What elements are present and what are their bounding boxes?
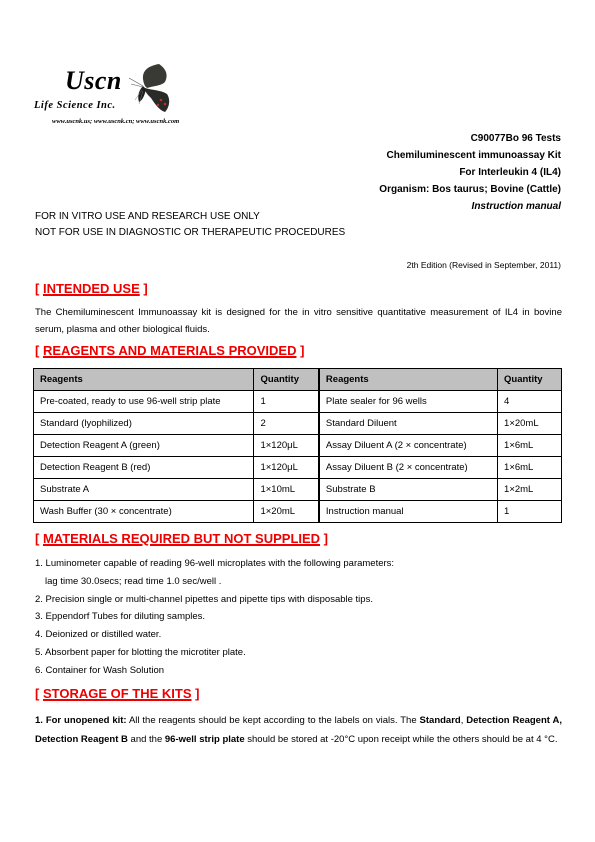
quantity-cell: 1 (498, 501, 562, 523)
use-notice: FOR IN VITRO USE AND RESEARCH USE ONLY N… (35, 209, 345, 241)
butterfly-icon (125, 64, 173, 114)
reagent-name-cell: Substrate A (34, 479, 254, 501)
table-row: Pre-coated, ready to use 96-well strip p… (34, 391, 562, 413)
section-title-intended-use: [ INTENDED USE ] (35, 281, 148, 296)
target-analyte: For Interleukin 4 (IL4) (379, 164, 561, 181)
table-row: Detection Reagent B (red)1×120μLAssay Di… (34, 457, 562, 479)
kit-type: Chemiluminescent immunoassay Kit (379, 147, 561, 164)
table-header-row: Reagents Quantity Reagents Quantity (34, 369, 562, 391)
quantity-cell: 1×20mL (498, 413, 562, 435)
quantity-cell: 1×120μL (254, 435, 319, 457)
product-header: C90077Bo 96 Tests Chemiluminescent immun… (379, 130, 561, 215)
section-title-materials: [ MATERIALS REQUIRED BUT NOT SUPPLIED ] (35, 531, 328, 546)
logo-company: Life Science Inc. (34, 100, 116, 111)
materials-list: 1. Luminometer capable of reading 96-wel… (35, 555, 394, 680)
quantity-cell: 1×6mL (498, 435, 562, 457)
table-row: Substrate A1×10mLSubstrate B1×2mL (34, 479, 562, 501)
reagent-name-cell: Standard (lyophilized) (34, 413, 254, 435)
use-notice-line-2: NOT FOR USE IN DIAGNOSTIC OR THERAPEUTIC… (35, 225, 345, 241)
table-row: Wash Buffer (30 × concentrate)1×20mLInst… (34, 501, 562, 523)
reagent-name-cell: Plate sealer for 96 wells (319, 391, 498, 413)
reagent-name-cell: Wash Buffer (30 × concentrate) (34, 501, 254, 523)
logo-urls: www.uscnk.us; www.uscnk.cn; www.uscnk.co… (52, 118, 179, 125)
quantity-cell: 4 (498, 391, 562, 413)
quantity-cell: 1×10mL (254, 479, 319, 501)
reagent-name-cell: Standard Diluent (319, 413, 498, 435)
column-header: Reagents (34, 369, 254, 391)
organism: Organism: Bos taurus; Bovine (Cattle) (379, 181, 561, 198)
quantity-cell: 1×20mL (254, 501, 319, 523)
intended-use-text: The Chemiluminescent Immunoassay kit is … (35, 304, 562, 338)
list-item: 6. Container for Wash Solution (35, 662, 394, 680)
reagent-name-cell: Substrate B (319, 479, 498, 501)
list-item: 5. Absorbent paper for blotting the micr… (35, 644, 394, 662)
table-row: Detection Reagent A (green)1×120μLAssay … (34, 435, 562, 457)
reagent-name-cell: Assay Diluent A (2 × concentrate) (319, 435, 498, 457)
column-header: Quantity (498, 369, 562, 391)
column-header: Reagents (319, 369, 498, 391)
use-notice-line-1: FOR IN VITRO USE AND RESEARCH USE ONLY (35, 209, 345, 225)
reagent-name-cell: Instruction manual (319, 501, 498, 523)
storage-text: 1. For unopened kit: All the reagents sh… (35, 711, 562, 749)
reagent-name-cell: Detection Reagent B (red) (34, 457, 254, 479)
quantity-cell: 2 (254, 413, 319, 435)
catalog-number: C90077Bo 96 Tests (379, 130, 561, 147)
reagent-name-cell: Pre-coated, ready to use 96-well strip p… (34, 391, 254, 413)
reagent-name-cell: Assay Diluent B (2 × concentrate) (319, 457, 498, 479)
edition-note: 2th Edition (Revised in September, 2011) (407, 260, 561, 270)
logo-brand: Uscn (65, 66, 122, 96)
company-logo: Uscn Life Science Inc. www.uscnk.us; www… (30, 62, 230, 130)
list-item: 2. Precision single or multi-channel pip… (35, 591, 394, 609)
quantity-cell: 1×120μL (254, 457, 319, 479)
reagent-name-cell: Detection Reagent A (green) (34, 435, 254, 457)
reagents-table: Reagents Quantity Reagents Quantity Pre-… (33, 368, 562, 523)
list-item: lag time 30.0secs; read time 1.0 sec/wel… (35, 573, 394, 591)
quantity-cell: 1×6mL (498, 457, 562, 479)
document-type: Instruction manual (379, 198, 561, 215)
section-title-storage: [ STORAGE OF THE KITS ] (35, 686, 199, 701)
section-title-reagents: [ REAGENTS AND MATERIALS PROVIDED ] (35, 343, 304, 358)
quantity-cell: 1×2mL (498, 479, 562, 501)
quantity-cell: 1 (254, 391, 319, 413)
list-item: 1. Luminometer capable of reading 96-wel… (35, 555, 394, 573)
list-item: 4. Deionized or distilled water. (35, 626, 394, 644)
column-header: Quantity (254, 369, 319, 391)
table-row: Standard (lyophilized)2Standard Diluent1… (34, 413, 562, 435)
list-item: 3. Eppendorf Tubes for diluting samples. (35, 608, 394, 626)
